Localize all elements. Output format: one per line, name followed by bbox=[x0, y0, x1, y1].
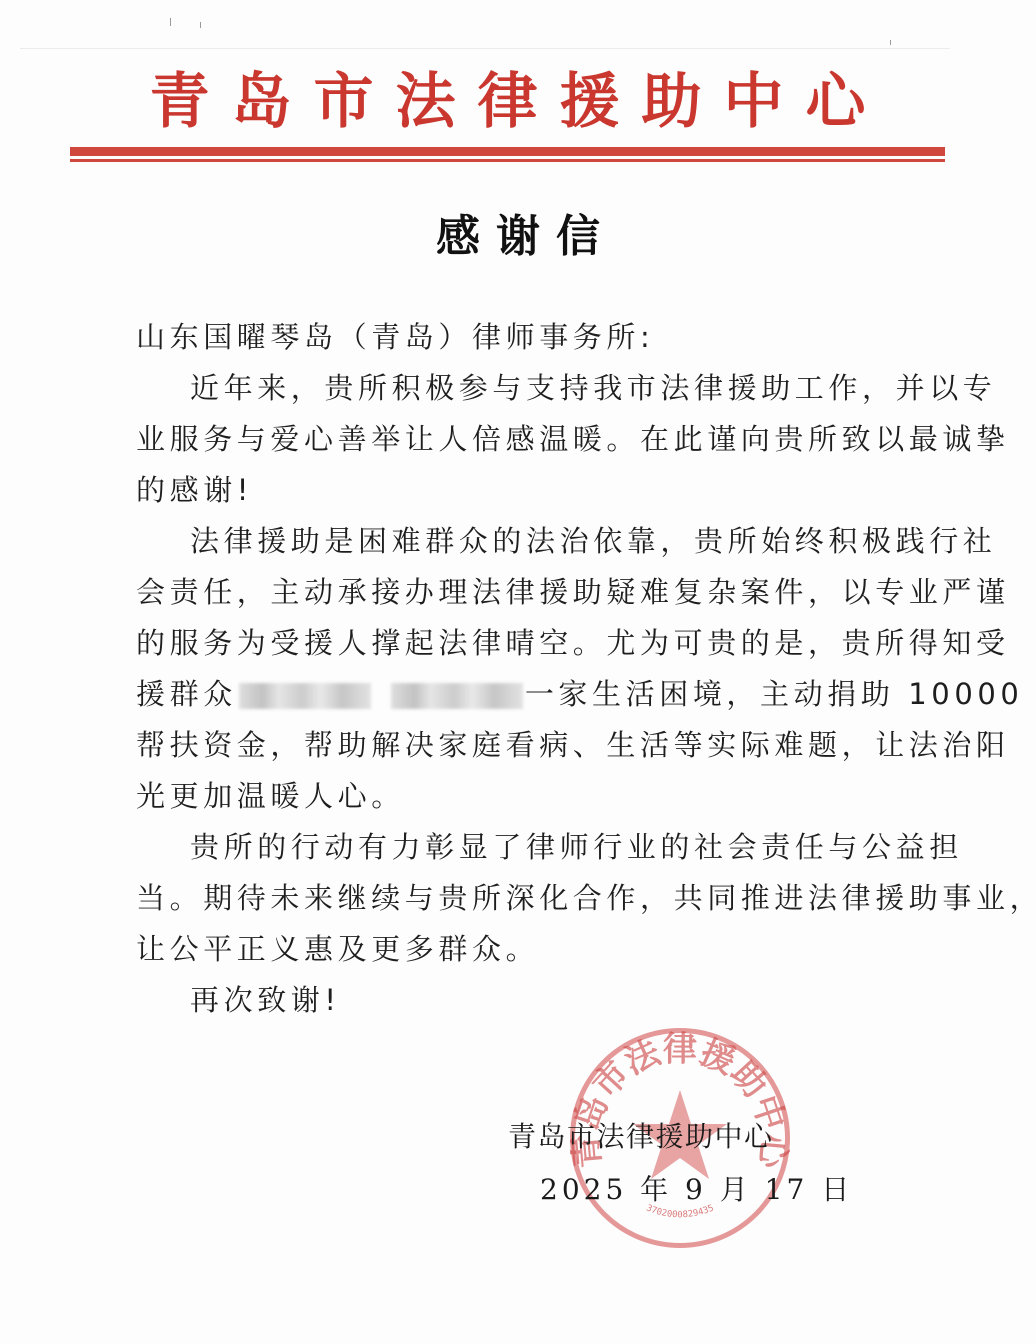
paragraph-line: 法律援助是困难群众的法治依靠，贵所始终积极践行社 bbox=[136, 516, 896, 567]
letter-date: 2025 年 9 月 17 日 bbox=[540, 1168, 853, 1208]
salutation: 山东国曜琴岛（青岛）律师事务所: bbox=[136, 312, 896, 363]
paragraph-line: 的服务为受援人撑起法律晴空。尤为可贵的是，贵所得知受 bbox=[136, 618, 896, 669]
paragraph-line: 光更加温暖人心。 bbox=[136, 771, 896, 822]
paragraph-line: 贵所的行动有力彰显了律师行业的社会责任与公益担 bbox=[136, 822, 896, 873]
letterhead-rule-thick bbox=[70, 147, 945, 156]
redacted-name-blur bbox=[391, 683, 523, 709]
paragraph-line: 会责任，主动承接办理法律援助疑难复杂案件，以专业严谨 bbox=[136, 567, 896, 618]
scan-edge bbox=[20, 48, 950, 49]
letter-body: 山东国曜琴岛（青岛）律师事务所: 近年来，贵所积极参与支持我市法律援助工作，并以… bbox=[136, 312, 896, 1026]
signature-organization: 青岛市法律援助中心 bbox=[508, 1115, 774, 1155]
closing-line: 再次致谢! bbox=[136, 975, 896, 1026]
redacted-line-suffix: 一家生活困境，主动捐助 10000 元 bbox=[525, 677, 1036, 711]
scan-speck bbox=[890, 40, 891, 45]
paragraph-line: 业服务与爱心善举让人倍感温暖。在此谨向贵所致以最诚挚 bbox=[136, 414, 896, 465]
paragraph-line: 当。期待未来继续与贵所深化合作，共同推进法律援助事业， bbox=[136, 873, 896, 924]
paragraph-2: 法律援助是困难群众的法治依靠，贵所始终积极践行社 会责任，主动承接办理法律援助疑… bbox=[136, 516, 896, 822]
paragraph-1: 近年来，贵所积极参与支持我市法律援助工作，并以专 业服务与爱心善举让人倍感温暖。… bbox=[136, 363, 896, 516]
scan-speck bbox=[170, 18, 171, 26]
letterhead-banner: 青岛市法律援助中心 bbox=[70, 62, 945, 142]
letterhead-organization: 青岛市法律援助中心 bbox=[150, 72, 888, 132]
redacted-name-blur bbox=[239, 683, 371, 709]
paragraph-3: 贵所的行动有力彰显了律师行业的社会责任与公益担 当。期待未来继续与贵所深化合作，… bbox=[136, 822, 896, 975]
letterhead-rule-thin bbox=[70, 159, 945, 162]
letter-title: 感谢信 bbox=[0, 200, 1036, 264]
redacted-line-prefix: 援群众 bbox=[136, 677, 237, 711]
paragraph-line-redacted: 援群众一家生活困境，主动捐助 10000 元 bbox=[136, 669, 896, 720]
paragraph-line: 帮扶资金，帮助解决家庭看病、生活等实际难题，让法治阳 bbox=[136, 720, 896, 771]
paragraph-line: 让公平正义惠及更多群众。 bbox=[136, 924, 896, 975]
paragraph-line: 近年来，贵所积极参与支持我市法律援助工作，并以专 bbox=[136, 363, 896, 414]
scan-speck bbox=[200, 22, 201, 28]
paragraph-closing: 再次致谢! bbox=[136, 975, 896, 1026]
paragraph-line: 的感谢! bbox=[136, 465, 896, 516]
